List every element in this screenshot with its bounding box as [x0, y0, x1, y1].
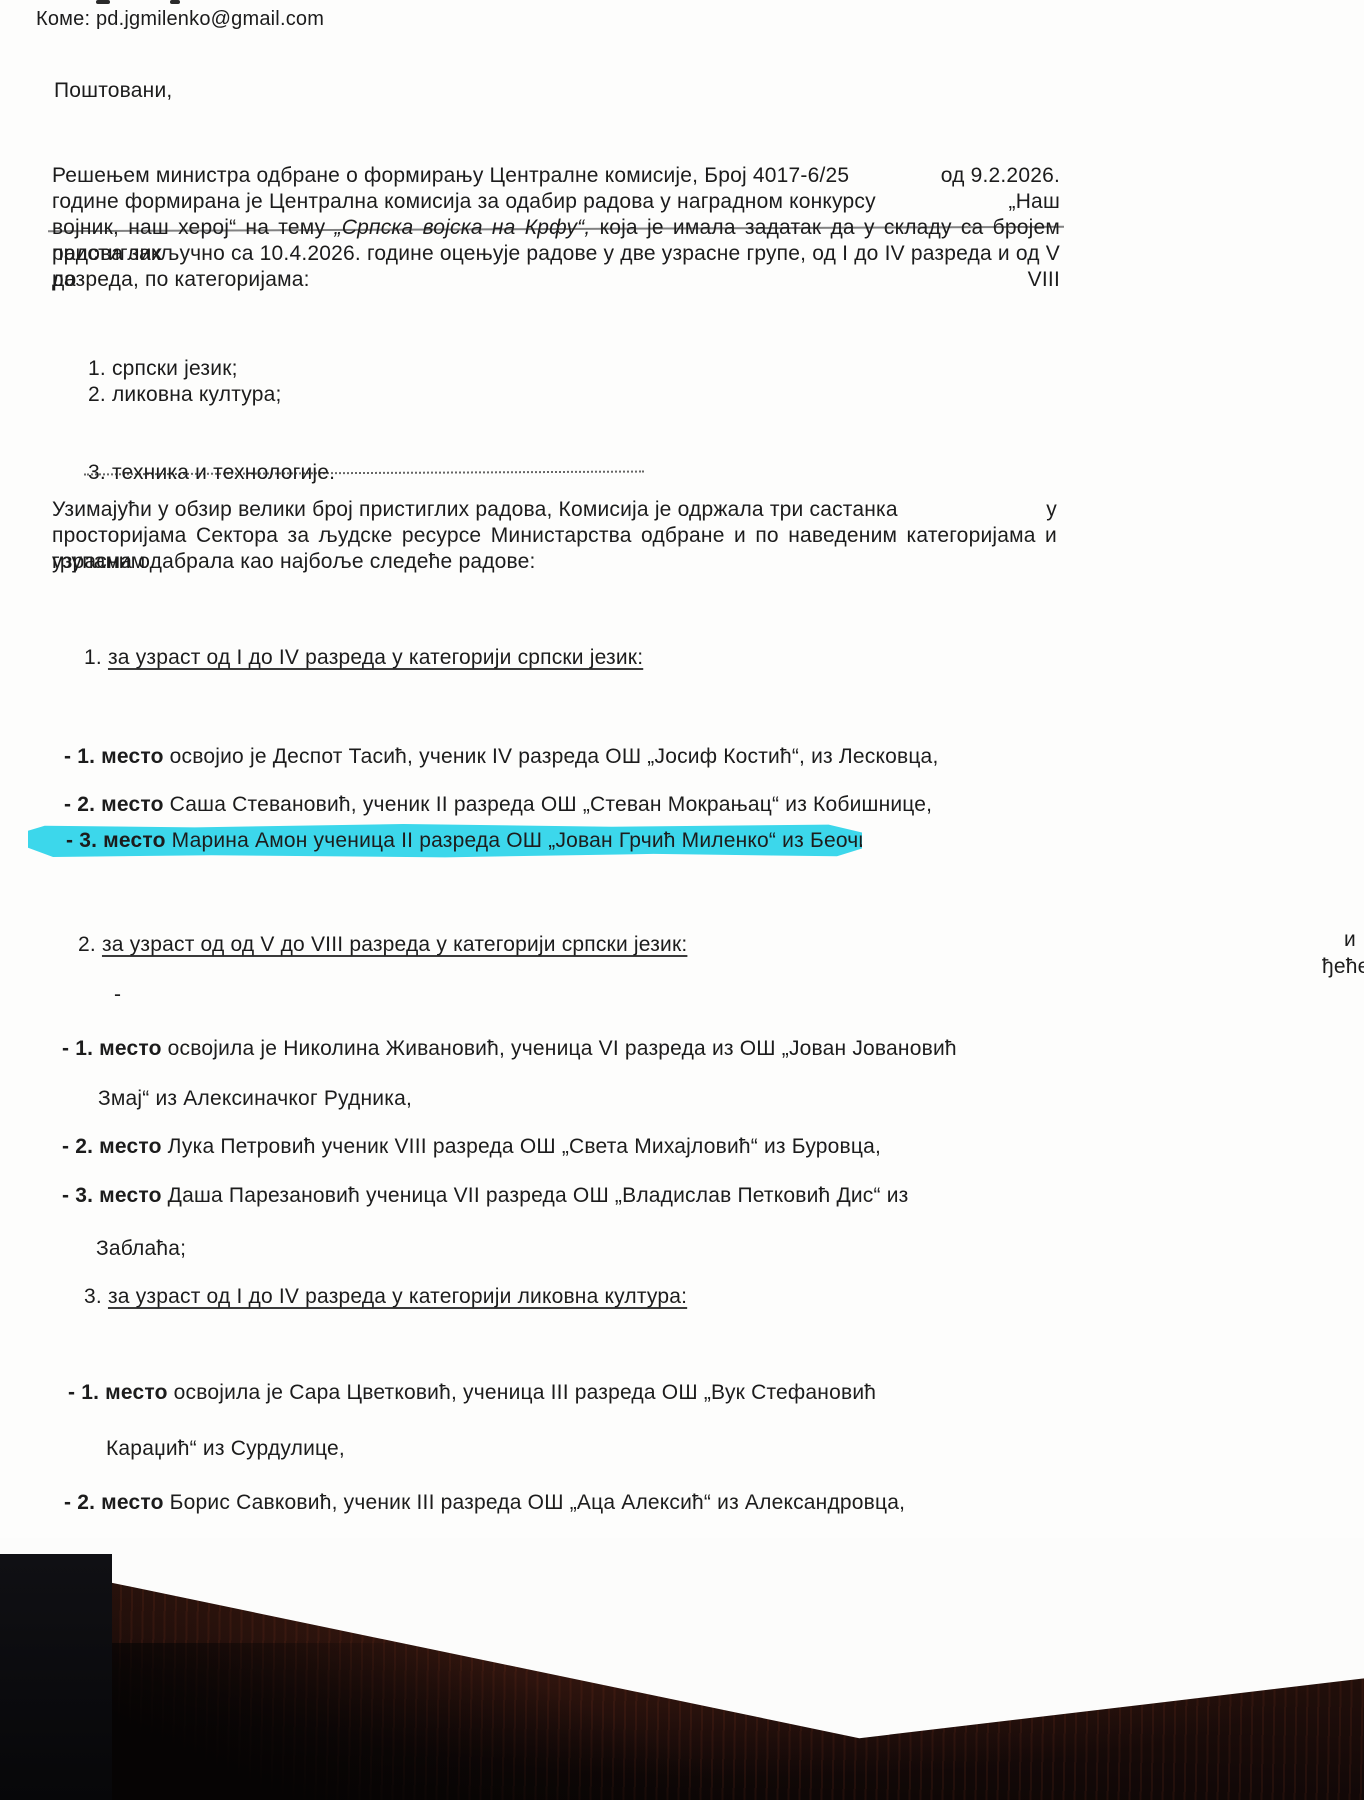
winner-rank-label: - 2. место	[64, 1491, 164, 1514]
contest-theme-italic: „Српска војска на Крфу“,	[335, 216, 591, 239]
salutation: Поштовани,	[54, 78, 172, 104]
winner-row: - 1. место освојила је Николина Живанови…	[62, 1036, 957, 1062]
winner-rank-label: - 3. место	[66, 829, 166, 852]
stray-dash: -	[114, 982, 121, 1008]
section-3-heading: 3. за узраст од I до IV разреда у катего…	[84, 1284, 687, 1310]
email-to-line: Коме: pd.jgmilenko@gmail.com	[36, 6, 324, 32]
section-2-number: 2.	[78, 933, 96, 956]
category-item-3: 3. техника и технологије.	[88, 460, 1364, 486]
winner-details: Лука Петровић ученик VIII разреда ОШ „Св…	[162, 1135, 881, 1158]
category-item-1: 1. српски језик;	[88, 356, 238, 382]
scanned-letter-page: Коме: pd.jgmilenko@gmail.com Поштовани, …	[0, 0, 1364, 1800]
intro-line-5: разреда, по категоријама:	[52, 267, 310, 293]
winner-details: освојила је Николина Живановић, ученица …	[162, 1037, 957, 1060]
winner-rank-label: - 3. место	[62, 1184, 162, 1207]
highlighted-winner-row: - 3. место Марина Амон ученица II разред…	[28, 824, 862, 858]
winner-row-continuation: Заблаћа;	[96, 1236, 186, 1262]
desk-surface	[0, 1538, 1364, 1800]
section-3-number: 3.	[84, 1285, 102, 1308]
summary-line-1-tail: у	[1046, 497, 1057, 523]
winner-details: освојила је Сара Цветковић, ученица III …	[168, 1381, 877, 1404]
margin-text-fragment: и	[1344, 927, 1356, 953]
winner-rank-label: - 1. место	[62, 1037, 162, 1060]
winner-rank-label: - 2. место	[62, 1135, 162, 1158]
winner-row: - 3. место Даша Парезановић ученица VII …	[62, 1183, 909, 1209]
winner-row: - 1. место освојила је Сара Цветковић, у…	[68, 1380, 876, 1406]
winner-row: - 1. место освојио је Деспот Тасић, учен…	[64, 744, 938, 770]
winner-rank-label: - 2. место	[64, 793, 164, 816]
intro-line-3-pre: војник, наш херој“ на тему	[52, 216, 335, 239]
winner-rank-label: - 1. место	[68, 1381, 168, 1404]
winner-details: Даша Парезановић ученица VII разреда ОШ …	[162, 1184, 909, 1207]
intro-line-2: године формирана је Централна комисија з…	[52, 189, 1060, 215]
winner-row-continuation: Караџић“ из Сурдулице,	[106, 1436, 345, 1462]
intro-line-1-text: Решењем министра одбране о формирању Цен…	[52, 163, 849, 189]
summary-line-3: групама одабрала као најбоље следеће рад…	[52, 549, 536, 575]
margin-text-fragment: ђеће	[1322, 954, 1364, 980]
intro-line-2-quote-start: „Наш	[1009, 189, 1061, 215]
winner-row: - 2. место Саша Стевановић, ученик II ра…	[64, 792, 932, 818]
winner-rank-label: - 1. место	[64, 745, 164, 768]
cut-off-text-fragment	[170, 0, 180, 4]
winner-details: Саша Стевановић, ученик II разреда ОШ „С…	[164, 793, 933, 816]
winner-row: - 2. место Борис Савковић, ученик III ра…	[64, 1490, 905, 1516]
section-2-heading: 2. за узраст од од V до VIII разреда у к…	[78, 932, 687, 958]
cut-off-text-fragment	[96, 0, 110, 4]
section-3-heading-text: за узраст од I до IV разреда у категориј…	[108, 1285, 687, 1308]
section-2-heading-text: за узраст од од V до VIII разреда у кате…	[102, 933, 687, 956]
winner-details: освојио је Деспот Тасић, ученик IV разре…	[164, 745, 939, 768]
winner-row: - 2. место Лука Петровић ученик VIII раз…	[62, 1134, 881, 1160]
table-edge-shadow	[0, 1554, 112, 1800]
winner-details: Борис Савковић, ученик III разреда ОШ „А…	[164, 1491, 906, 1514]
section-1-heading: 1. за узраст од I до IV разреда у катего…	[84, 645, 643, 671]
winner-row-continuation: Змај“ из Алексиначког Рудника,	[98, 1086, 412, 1112]
section-1-number: 1.	[84, 646, 102, 669]
intro-line-2-text: године формирана је Централна комисија з…	[52, 189, 876, 215]
highlighted-winner-line: - 3. место Марина Амон ученица II разред…	[28, 824, 862, 858]
winner-details: Марина Амон ученица II разреда ОШ „Јован…	[166, 829, 900, 852]
intro-line-1-date: од 9.2.2026.	[941, 163, 1060, 189]
summary-line-1-text: Узимајући у обзир велики број пристиглих…	[52, 497, 898, 523]
category-item-2: 2. ликовна култура;	[88, 382, 282, 408]
summary-line-1: Узимајући у обзир велики број пристиглих…	[52, 497, 1057, 523]
section-1-heading-text: за узраст од I до IV разреда у категориј…	[108, 646, 643, 669]
intro-line-1: Решењем министра одбране о формирању Цен…	[52, 163, 1060, 189]
